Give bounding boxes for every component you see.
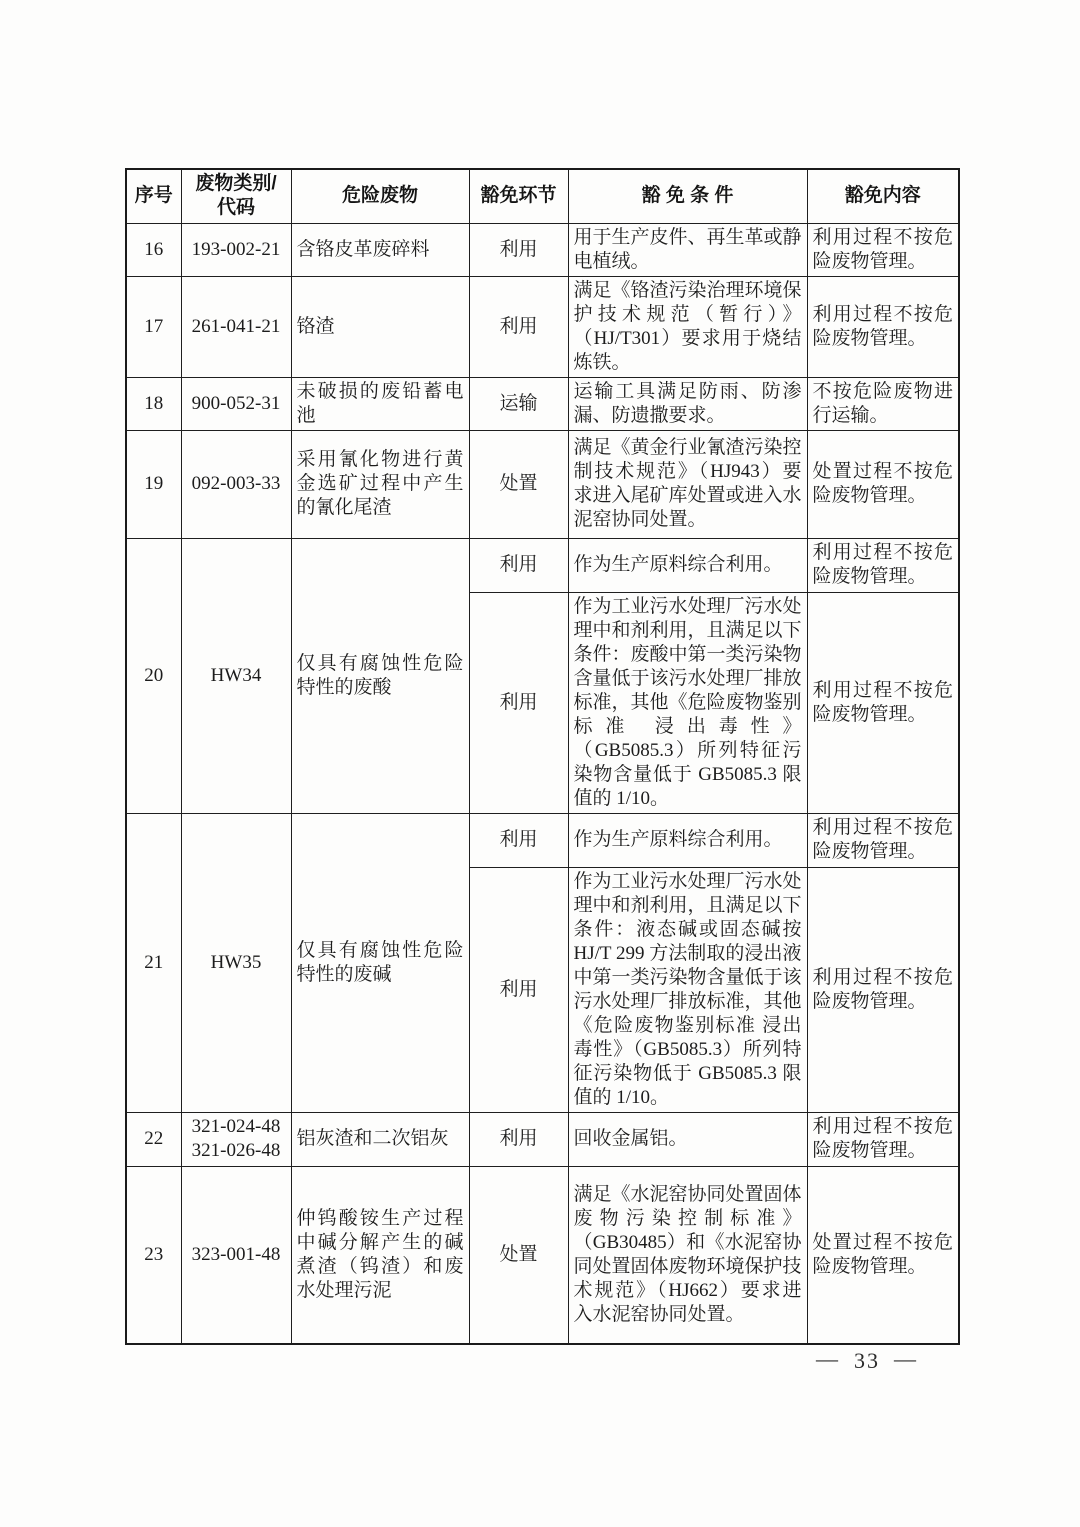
header-seq: 序号: [126, 169, 181, 223]
table-row: 21 HW35 仅具有腐蚀性危险特性的废碱 利用 作为生产原料综合利用。 利用过…: [126, 813, 959, 867]
cell-stage: 利用: [469, 867, 568, 1112]
cell-code: 261-041-21: [181, 276, 291, 377]
cell-seq: 22: [126, 1112, 181, 1166]
page-number-dash-right: —: [894, 1346, 918, 1372]
document-page: 序号 废物类别/ 代码 危险废物 豁免环节 豁 免 条 件 豁免内容 16 19…: [0, 0, 1080, 1527]
cell-condition: 作为工业污水处理厂污水处理中和剂利用，且满足以下条件：废酸中第一类污染物含量低于…: [568, 592, 807, 813]
cell-waste: 铬渣: [291, 276, 469, 377]
cell-stage: 利用: [469, 538, 568, 592]
cell-content: 利用过程不按危险废物管理。: [807, 867, 959, 1112]
cell-waste: 仅具有腐蚀性危险特性的废碱: [291, 813, 469, 1112]
table-header-row: 序号 废物类别/ 代码 危险废物 豁免环节 豁 免 条 件 豁免内容: [126, 169, 959, 223]
cell-code: 900-052-31: [181, 377, 291, 430]
cell-waste: 未破损的废铅蓄电池: [291, 377, 469, 430]
header-waste: 危险废物: [291, 169, 469, 223]
cell-waste: 采用氰化物进行黄金选矿过程中产生的氰化尾渣: [291, 430, 469, 538]
table-row: 23 323-001-48 仲钨酸铵生产过程中碱分解产生的碱煮渣（钨渣）和废水处…: [126, 1166, 959, 1344]
cell-condition: 作为生产原料综合利用。: [568, 813, 807, 867]
cell-condition: 满足《黄金行业氰渣污染控制技术规范》（HJ943）要求进入尾矿库处置或进入水泥窑…: [568, 430, 807, 538]
cell-stage: 利用: [469, 276, 568, 377]
code-line: HW35: [187, 951, 286, 975]
header-code: 废物类别/ 代码: [181, 169, 291, 223]
header-condition: 豁 免 条 件: [568, 169, 807, 223]
cell-stage: 运输: [469, 377, 568, 430]
code-line: 193-002-21: [187, 238, 286, 262]
cell-condition: 满足《铬渣污染治理环境保护技术规范（暂行）》（HJ/T301）要求用于烧结炼铁。: [568, 276, 807, 377]
table-row: 16 193-002-21 含铬皮革废碎料 利用 用于生产皮件、再生革或静电植绒…: [126, 223, 959, 276]
cell-code: 323-001-48: [181, 1166, 291, 1344]
cell-condition: 作为工业污水处理厂污水处理中和剂利用，且满足以下条件：液态碱或固态碱按 HJ/T…: [568, 867, 807, 1112]
cell-content: 利用过程不按危险废物管理。: [807, 276, 959, 377]
cell-content: 不按危险废物进行运输。: [807, 377, 959, 430]
cell-stage: 利用: [469, 592, 568, 813]
cell-seq: 23: [126, 1166, 181, 1344]
cell-condition: 用于生产皮件、再生革或静电植绒。: [568, 223, 807, 276]
header-content: 豁免内容: [807, 169, 959, 223]
table-row: 18 900-052-31 未破损的废铅蓄电池 运输 运输工具满足防雨、防渗漏、…: [126, 377, 959, 430]
cell-code: 193-002-21: [181, 223, 291, 276]
cell-content: 利用过程不按危险废物管理。: [807, 538, 959, 592]
cell-stage: 处置: [469, 430, 568, 538]
cell-content: 利用过程不按危险废物管理。: [807, 1112, 959, 1166]
cell-code: 321-024-48 321-026-48: [181, 1112, 291, 1166]
table-row: 20 HW34 仅具有腐蚀性危险特性的废酸 利用 作为生产原料综合利用。 利用过…: [126, 538, 959, 592]
cell-stage: 利用: [469, 223, 568, 276]
cell-waste: 铝灰渣和二次铝灰: [291, 1112, 469, 1166]
header-stage: 豁免环节: [469, 169, 568, 223]
code-line: 900-052-31: [187, 392, 286, 416]
code-line: HW34: [187, 664, 286, 688]
cell-waste: 含铬皮革废碎料: [291, 223, 469, 276]
cell-stage: 利用: [469, 1112, 568, 1166]
cell-seq: 16: [126, 223, 181, 276]
cell-stage: 利用: [469, 813, 568, 867]
code-line: 092-003-33: [187, 472, 286, 496]
cell-content: 利用过程不按危险废物管理。: [807, 813, 959, 867]
code-line: 321-026-48: [187, 1139, 286, 1163]
cell-code: HW35: [181, 813, 291, 1112]
cell-code: 092-003-33: [181, 430, 291, 538]
cell-content: 处置过程不按危险废物管理。: [807, 430, 959, 538]
cell-waste: 仲钨酸铵生产过程中碱分解产生的碱煮渣（钨渣）和废水处理污泥: [291, 1166, 469, 1344]
code-line: 261-041-21: [187, 315, 286, 339]
cell-seq: 17: [126, 276, 181, 377]
code-line: 323-001-48: [187, 1243, 286, 1267]
cell-content: 利用过程不按危险废物管理。: [807, 592, 959, 813]
cell-seq: 21: [126, 813, 181, 1112]
table-row: 19 092-003-33 采用氰化物进行黄金选矿过程中产生的氰化尾渣 处置 满…: [126, 430, 959, 538]
page-number-dash-left: —: [816, 1346, 840, 1372]
table-row: 17 261-041-21 铬渣 利用 满足《铬渣污染治理环境保护技术规范（暂行…: [126, 276, 959, 377]
cell-seq: 19: [126, 430, 181, 538]
table-row: 22 321-024-48 321-026-48 铝灰渣和二次铝灰 利用 回收金…: [126, 1112, 959, 1166]
cell-code: HW34: [181, 538, 291, 813]
cell-condition: 回收金属铝。: [568, 1112, 807, 1166]
cell-condition: 运输工具满足防雨、防渗漏、防遗撒要求。: [568, 377, 807, 430]
cell-content: 利用过程不按危险废物管理。: [807, 223, 959, 276]
cell-condition: 作为生产原料综合利用。: [568, 538, 807, 592]
cell-seq: 18: [126, 377, 181, 430]
page-number: —33—: [802, 1348, 932, 1374]
code-line: 321-024-48: [187, 1115, 286, 1139]
page-number-value: 33: [854, 1348, 880, 1373]
cell-waste: 仅具有腐蚀性危险特性的废酸: [291, 538, 469, 813]
cell-stage: 处置: [469, 1166, 568, 1344]
cell-content: 处置过程不按危险废物管理。: [807, 1166, 959, 1344]
cell-condition: 满足《水泥窑协同处置固体废物污染控制标准》（GB30485）和《水泥窑协同处置固…: [568, 1166, 807, 1344]
cell-seq: 20: [126, 538, 181, 813]
exemption-table: 序号 废物类别/ 代码 危险废物 豁免环节 豁 免 条 件 豁免内容 16 19…: [125, 168, 960, 1345]
